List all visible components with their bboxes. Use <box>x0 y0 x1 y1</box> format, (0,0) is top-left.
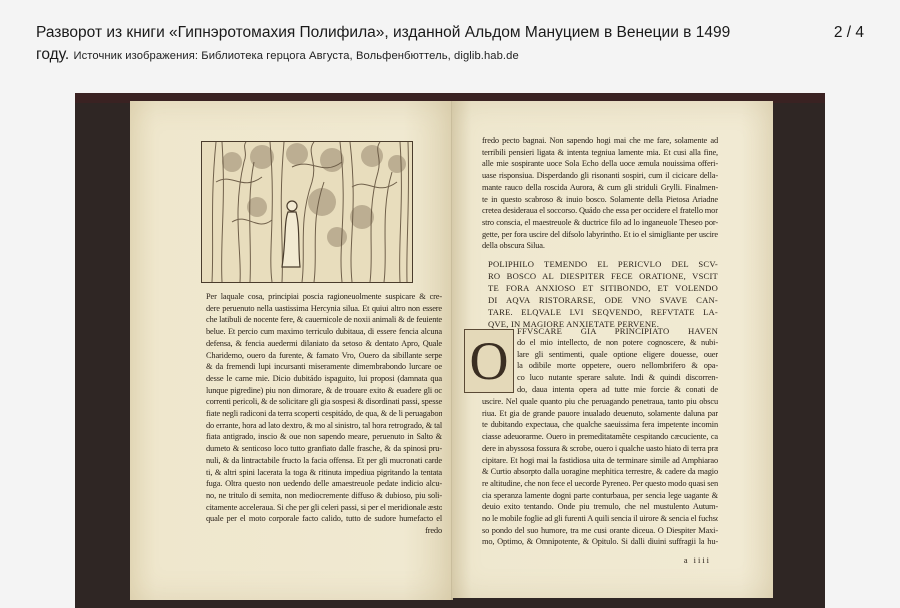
heading-line: TE FORA ANXIOSO ET SITIBONDO, ET VOLENDO <box>488 282 718 294</box>
text-line: correnti pericoli, & de solicitare gli g… <box>206 396 442 408</box>
text-line: Per laquale cosa, principiai poscia ragi… <box>206 291 442 303</box>
text-line: lunque pigredine) piu non dimorare, & de… <box>206 385 442 397</box>
text-line: te dubitando expectaua, che qualche saeu… <box>482 419 718 431</box>
text-line: lare gli sentimenti, quale optione elige… <box>517 349 718 361</box>
left-page: Per laquale cosa, principiai poscia ragi… <box>130 101 452 600</box>
text-line: fiata antigrado, inscio & oue non sapend… <box>206 431 442 443</box>
text-line: fredo pecto bagnai. Non sapendo hogi mai… <box>482 135 718 147</box>
slide-counter: 2 / 4 <box>834 22 864 44</box>
woodcut-forest-illustration <box>201 141 413 283</box>
text-line: re altitudine, che non fece el uecorde P… <box>482 478 718 490</box>
text-line: defensa, & fencia auedermi dilaniato da … <box>206 338 442 350</box>
forest-illustration-icon <box>202 142 412 282</box>
text-line: nuli, & da lintractabile fructo la facia… <box>206 455 442 467</box>
text-line: della obscura Silua. <box>482 240 718 252</box>
text-line: dumeto & senticoso loco tutto granfiato … <box>206 443 442 455</box>
caption-source: Источник изображения: Библиотека герцога… <box>73 50 518 62</box>
text-line: dere peruenuto nella uastissima Hercynia… <box>206 303 442 315</box>
text-line: do el mio intellecto, de non potere cogn… <box>517 337 718 349</box>
text-line: deuio exito tentando. Onde piu tremulo, … <box>482 501 718 513</box>
text-line: ciasse adeuorarme. Ouero in premeditatam… <box>482 431 718 443</box>
text-line: quale per el moto corporale facto calido… <box>206 513 442 525</box>
text-line: terribili pensieri ligata & intenta tegn… <box>482 147 718 159</box>
dropcap-paragraph-text: FFVSCARE GIA PRINCIPIATO HAVEN do el mio… <box>517 325 718 396</box>
text-line: uase risponsiua. Disperdando gli risonan… <box>482 170 718 182</box>
text-line: cia speranza lamente dogni parte conturb… <box>482 490 718 502</box>
right-page-body-text: uscire. Nel quale quanto piu che peruaga… <box>482 396 718 548</box>
text-line: stro conscia, el maestreuole & ductrice … <box>482 217 718 229</box>
text-line: cretea desideraua el soccorso. Quádo che… <box>482 205 718 217</box>
text-line: la odibile morte oppetere, ouero nellomb… <box>517 360 718 372</box>
text-line: che latibuli de nocente fere, & cauernic… <box>206 314 442 326</box>
text-line: belue. Et percio cum maximo terriculo du… <box>206 326 442 338</box>
text-line: & Curtio absorpto dalla uoragine mephiti… <box>482 466 718 478</box>
signature-mark: a iiii <box>684 556 711 565</box>
heading-line: DI AQVA RISTORARSE, ODE VNO SVAVE CAN- <box>488 294 718 306</box>
book-spread-image: Per laquale cosa, principiai poscia ragi… <box>75 93 825 608</box>
image-caption: Разворот из книги «Гипнэротомахия Полифи… <box>36 22 736 67</box>
catchword: fredo <box>206 525 442 537</box>
text-line: co luco nutante sperare salute. Indi & q… <box>517 372 718 384</box>
text-line: cipitare. Et hogi mai la fastidiosa uita… <box>482 455 718 467</box>
heading-line: POLIPHILO TEMENDO EL PERICVLO DEL SCV- <box>488 258 718 270</box>
text-line: mante rauco della roscida Aurora, & cum … <box>482 182 718 194</box>
text-line: riua. Et gia de grande pauore inualado d… <box>482 408 718 420</box>
text-line: do errante, hora ad lato dextro, & mo al… <box>206 420 442 432</box>
text-line: te in questo scabroso & inuio bosco. Sol… <box>482 194 718 206</box>
text-line: mo, Optimo, & Omnipotente, & Opitulo. Si… <box>482 536 718 548</box>
text-line: fiate negli radiconi da terra scoperti c… <box>206 408 442 420</box>
right-page-intro-text: fredo pecto bagnai. Non sapendo hogi mai… <box>482 135 718 252</box>
left-page-text: Per laquale cosa, principiai poscia ragi… <box>206 291 442 537</box>
dropcap-letter: O <box>465 330 513 392</box>
text-line: so pondo del suo humore, tra me cusi ora… <box>482 525 718 537</box>
text-line: desse le carne mie. Dicio dubitádo ispag… <box>206 373 442 385</box>
text-line: no le mobile foglie ad gli furenti A qui… <box>482 513 718 525</box>
chapter-heading: POLIPHILO TEMENDO EL PERICVLO DEL SCV- R… <box>488 258 718 330</box>
ornamental-dropcap: O <box>464 329 514 393</box>
text-line: gette, per fora uscire del difsolo labyr… <box>482 229 718 241</box>
heading-line: TARE. ELQVALE LVI SEQVENDO, REFVTATE LA- <box>488 306 718 318</box>
text-line: dere in abyssosa fossura & scrobe, ouero… <box>482 443 718 455</box>
text-line: do, daua intenta opera ad tutte mie forc… <box>517 384 718 396</box>
text-line: fuga. Oltra questo non uedendo delle ama… <box>206 478 442 490</box>
text-line: citamente acceleraua. Si che per gli cel… <box>206 502 442 514</box>
text-line: alle mie sospirante uoce Sola Echo della… <box>482 158 718 170</box>
text-line: no, ne tritulo di semita, non mediocreme… <box>206 490 442 502</box>
text-line: FFVSCARE GIA PRINCIPIATO HAVEN <box>517 325 718 337</box>
text-line: Charidemo, ouero da furente, & famato Vr… <box>206 350 442 362</box>
text-line: ti, & altri spini lacerata la toga & rit… <box>206 467 442 479</box>
heading-line: RO BOSCO AL DIESPITER FECE ORATIONE, VSC… <box>488 270 718 282</box>
text-line: & da fremendi lupi incursanti miserament… <box>206 361 442 373</box>
text-line: uscire. Nel quale quanto piu che peruaga… <box>482 396 718 408</box>
right-page: fredo pecto bagnai. Non sapendo hogi mai… <box>452 101 773 598</box>
